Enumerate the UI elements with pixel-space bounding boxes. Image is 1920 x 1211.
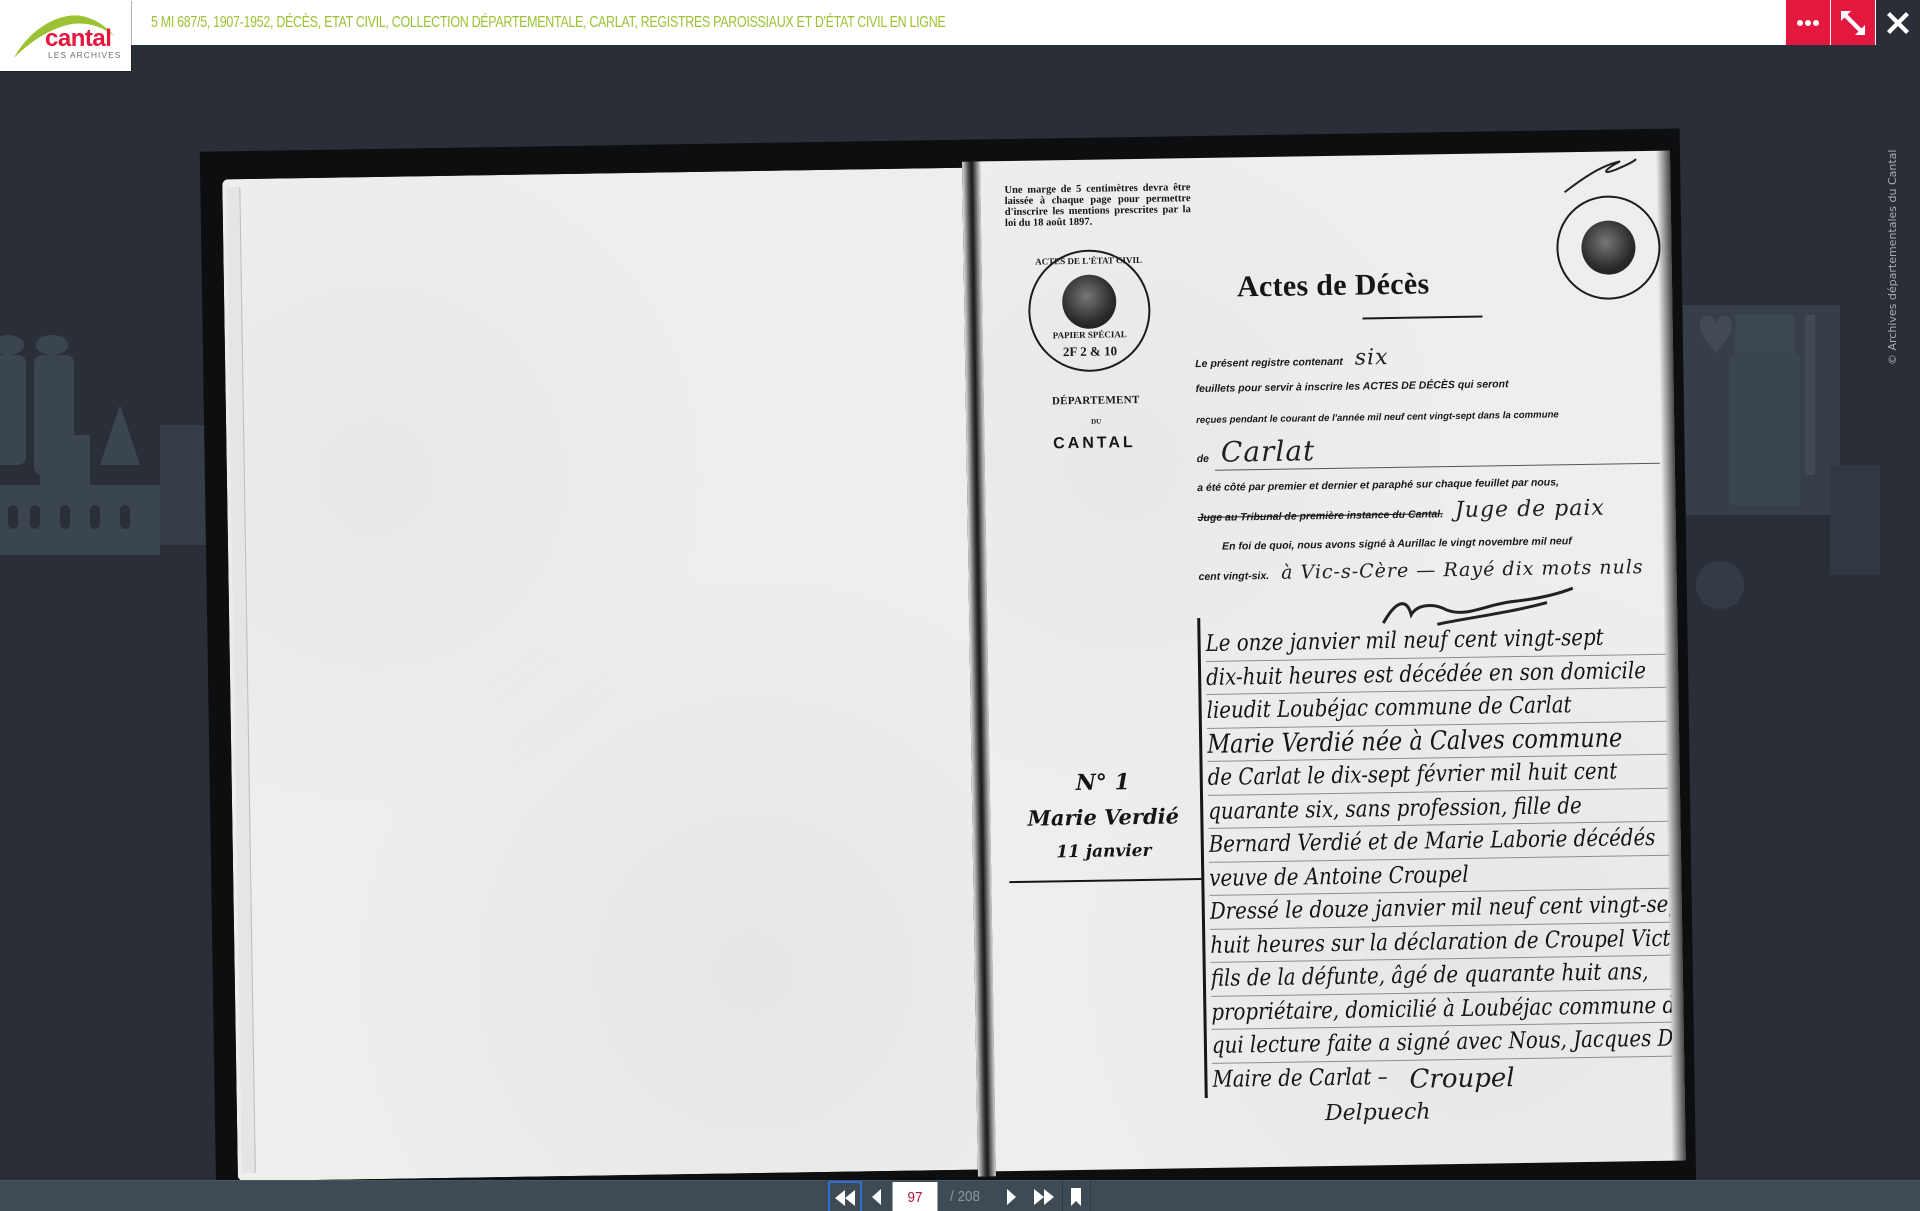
stamp-label-text: PAPIER SPÉCIAL [1053,329,1127,340]
logo-brand-text: cantal [45,27,111,51]
last-page-button[interactable] [1026,1181,1062,1211]
double-chevron-right-icon [1032,1188,1056,1206]
background-engraving-right-icon [1680,285,1880,615]
document-title: 5 MI 687/5, 1907-1952, DÉCÈS, ETAT CIVIL… [151,13,945,33]
cantal-archives-logo[interactable]: cantal LES ARCHIVES [0,0,131,71]
close-x-icon [1886,11,1910,35]
form-line: Juge au Tribunal de première instance du… [1197,495,1657,527]
department-name: CANTAL [1014,433,1174,454]
margin-instruction-text: Une marge de 5 centimètres devra être la… [1004,182,1191,229]
form-line: En foi de quoi, nous avons signé à Auril… [1222,533,1682,552]
paraph-scribble-icon [1560,155,1641,196]
declarant-signature: Croupel [1409,1063,1515,1095]
triangle-right-icon [1006,1188,1018,1206]
app-header: cantal LES ARCHIVES 5 MI 687/5, 1907-195… [0,0,1920,45]
department-label: DÉPARTEMENT [1026,394,1166,408]
image-viewer[interactable]: © Archives départementales du Cantal Une… [0,45,1920,1180]
form-line: feuillets pour servir à inscrire les ACT… [1196,376,1656,395]
heading-rule [1363,316,1483,320]
margin-divider-horizontal [1009,878,1201,883]
stamp-price-text: 2F 2 & 10 [1063,343,1117,360]
stamp-ring-text: ACTES DE L'ÉTAT CIVIL [1035,255,1142,267]
form-line: a été côté par premier et dernier et par… [1197,475,1657,494]
form-line: reçues pendant le courant de l'année mil… [1196,408,1656,426]
department-du: DU [1026,417,1166,427]
copyright-notice: © Archives départementales du Cantal [1886,150,1899,365]
marianne-head-icon [1062,274,1117,329]
page-navigation-toolbar: / 208 [0,1180,1920,1211]
left-page [222,168,978,1180]
death-date-margin: 11 janvier [1009,840,1199,863]
expand-arrows-icon [1839,9,1867,37]
mayor-signature: Delpuech [1325,1099,1431,1126]
deceased-name-margin: Marie Verdié [1008,803,1198,831]
form-line: Le présent registre contenantsix [1195,341,1655,373]
scanned-register-image[interactable]: Une marge de 5 centimètres devra être la… [200,128,1696,1180]
fullscreen-button[interactable] [1831,0,1875,45]
bookmark-icon [1070,1187,1082,1207]
next-page-button[interactable] [1000,1181,1024,1211]
death-record-text: Le onze janvier mil neuf cent vingt-sept… [1205,621,1672,1097]
toolbar-separator [1090,1181,1091,1211]
logo-subtitle: LES ARCHIVES [48,50,121,60]
more-options-button[interactable] [1786,0,1830,45]
acte-number: N° 1 [1008,768,1198,797]
complement-stamp [1556,195,1662,301]
bookmark-button[interactable] [1063,1181,1089,1211]
marianne-head-icon [1581,220,1636,275]
right-page: Une marge de 5 centimètres devra être la… [980,151,1686,1172]
page-number-input[interactable] [893,1182,938,1211]
close-button[interactable] [1876,0,1920,45]
total-pages: / 208 [950,1188,980,1205]
etat-civil-stamp: ACTES DE L'ÉTAT CIVIL PAPIER SPÉCIAL 2F … [1027,249,1151,373]
triangle-left-icon [870,1188,882,1206]
background-engraving-left-icon [0,285,220,615]
double-chevron-left-icon [833,1189,857,1207]
register-heading: Actes de Décès [1237,267,1430,304]
form-line: cent vingt-six.à Vic-s-Cère — Rayé dix m… [1198,556,1658,585]
ellipsis-icon [1796,19,1820,27]
previous-page-button[interactable] [864,1181,888,1211]
first-page-button[interactable] [828,1181,862,1211]
